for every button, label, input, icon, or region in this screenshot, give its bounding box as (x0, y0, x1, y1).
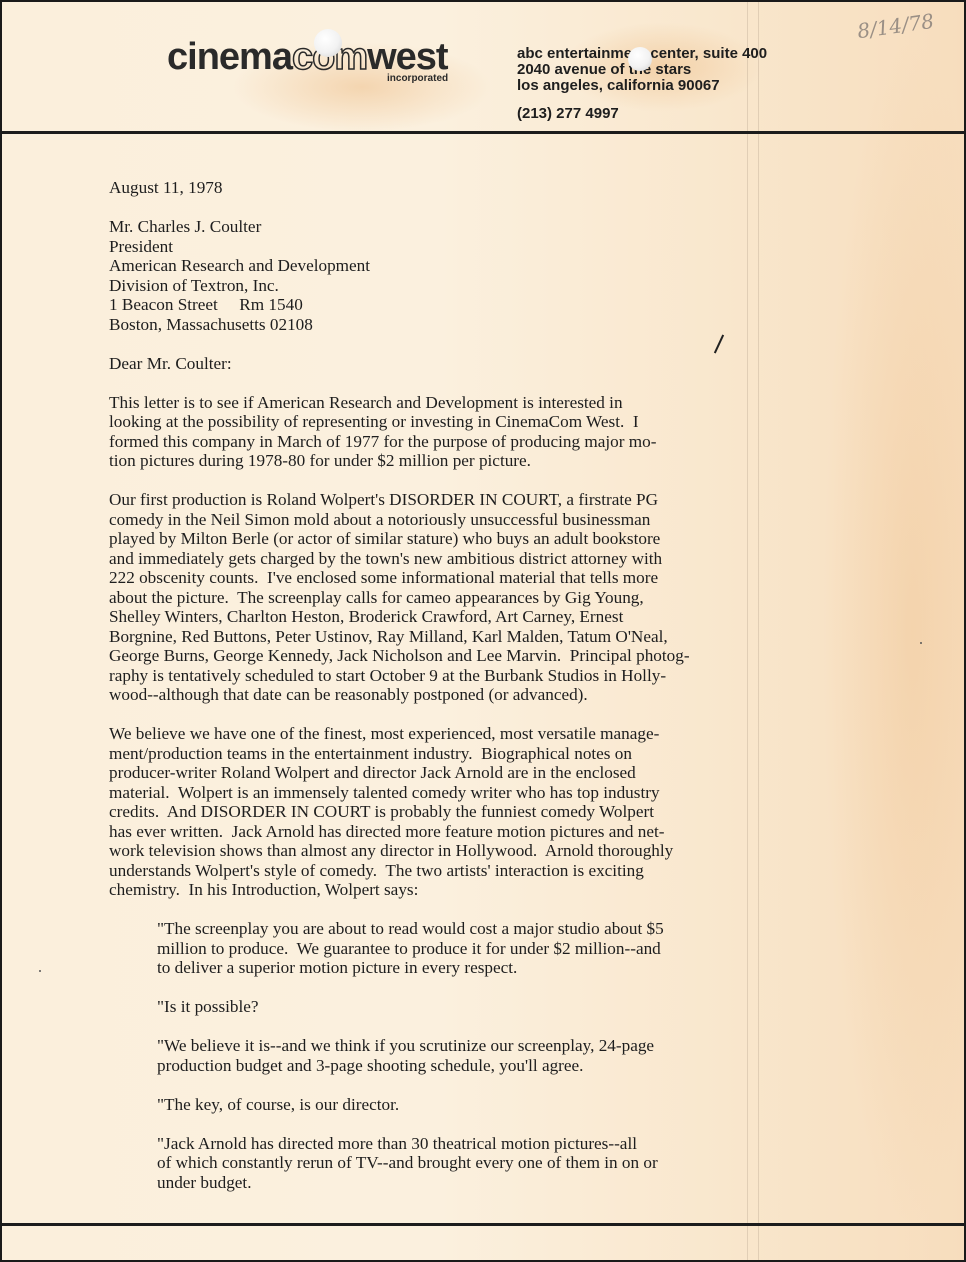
text-line: played by Milton Berle (or actor of simi… (109, 529, 939, 549)
text-line: tion pictures during 1978-80 for under $… (109, 451, 939, 471)
quote-paragraph: "Is it possible? (157, 997, 939, 1017)
text-line: under budget. (157, 1173, 939, 1193)
quoted-introduction: "The screenplay you are about to read wo… (157, 919, 939, 1212)
text-line: has ever written. Jack Arnold has direct… (109, 822, 939, 842)
text-line: "Is it possible? (157, 997, 939, 1017)
text-line: looking at the possibility of representi… (109, 412, 939, 432)
text-line: We believe we have one of the finest, mo… (109, 724, 939, 744)
salutation: Dear Mr. Coulter: (109, 354, 939, 374)
handwritten-date: 8/14/78 (856, 9, 936, 43)
text-line: material. Wolpert is an immensely talent… (109, 783, 939, 803)
footer-rule (2, 1223, 964, 1226)
logo-text-cinema: cinema (167, 36, 292, 78)
text-line: to deliver a superior motion picture in … (157, 958, 939, 978)
recipient-block: Mr. Charles J. Coulter President America… (109, 217, 939, 334)
punch-hole-icon (314, 29, 342, 57)
body-paragraph: We believe we have one of the finest, mo… (109, 724, 939, 900)
paragraphs: This letter is to see if American Resear… (109, 393, 939, 920)
recipient-line: President (109, 237, 939, 257)
text-line: million to produce. We guarantee to prod… (157, 939, 939, 959)
quote-paragraph: "We believe it is--and we think if you s… (157, 1036, 939, 1075)
recipient-line: Boston, Massachusetts 02108 (109, 315, 939, 335)
body-paragraph: This letter is to see if American Resear… (109, 393, 939, 471)
text-line: ment/production teams in the entertainme… (109, 744, 939, 764)
company-logo: cinemacomwest (167, 38, 448, 76)
text-line: about the picture. The screenplay calls … (109, 588, 939, 608)
recipient-line: Mr. Charles J. Coulter (109, 217, 939, 237)
text-line: George Burns, George Kennedy, Jack Nicho… (109, 646, 939, 666)
quote-paragraph: "The screenplay you are about to read wo… (157, 919, 939, 978)
letter-body: August 11, 1978 Mr. Charles J. Coulter P… (109, 178, 939, 1212)
punch-hole-icon (628, 47, 652, 71)
text-line: producer-writer Roland Wolpert and direc… (109, 763, 939, 783)
text-line: This letter is to see if American Resear… (109, 393, 939, 413)
paper-speck (920, 642, 922, 644)
paper-speck (39, 970, 41, 972)
logo-subtitle: incorporated (387, 73, 448, 84)
recipient-line: American Research and Development (109, 256, 939, 276)
text-line: work television shows than almost any di… (109, 841, 939, 861)
quote-paragraph: "Jack Arnold has directed more than 30 t… (157, 1134, 939, 1193)
text-line: production budget and 3-page shooting sc… (157, 1056, 939, 1076)
text-line: credits. And DISORDER IN COURT is probab… (109, 802, 939, 822)
recipient-line: 1 Beacon Street Rm 1540 (109, 295, 939, 315)
text-line: 222 obscenity counts. I've enclosed some… (109, 568, 939, 588)
quote-paragraph: "The key, of course, is our director. (157, 1095, 939, 1115)
text-line: "We believe it is--and we think if you s… (157, 1036, 939, 1056)
text-line: "Jack Arnold has directed more than 30 t… (157, 1134, 939, 1154)
text-line: "The screenplay you are about to read wo… (157, 919, 939, 939)
text-line: raphy is tentatively scheduled to start … (109, 666, 939, 686)
body-paragraph: Our first production is Roland Wolpert's… (109, 490, 939, 705)
text-line: understands Wolpert's style of comedy. T… (109, 861, 939, 881)
text-line: Shelley Winters, Charlton Heston, Broder… (109, 607, 939, 627)
text-line: chemistry. In his Introduction, Wolpert … (109, 880, 939, 900)
text-line: "The key, of course, is our director. (157, 1095, 939, 1115)
header-rule (2, 131, 964, 134)
text-line: wood--although that date can be reasonab… (109, 685, 939, 705)
letter-page: cinemacomwest incorporated abc entertain… (2, 2, 964, 1260)
text-line: Our first production is Roland Wolpert's… (109, 490, 939, 510)
text-line: comedy in the Neil Simon mold about a no… (109, 510, 939, 530)
company-phone: (213) 277 4997 (517, 105, 619, 122)
logo-text-west: west (367, 36, 447, 78)
text-line: Borgnine, Red Buttons, Peter Ustinov, Ra… (109, 627, 939, 647)
address-line: los angeles, california 90067 (517, 78, 767, 94)
recipient-line: Division of Textron, Inc. (109, 276, 939, 296)
text-line: and immediately gets charged by the town… (109, 549, 939, 569)
text-line: formed this company in March of 1977 for… (109, 432, 939, 452)
text-line: of which constantly rerun of TV--and bro… (157, 1153, 939, 1173)
letter-date: August 11, 1978 (109, 178, 939, 198)
